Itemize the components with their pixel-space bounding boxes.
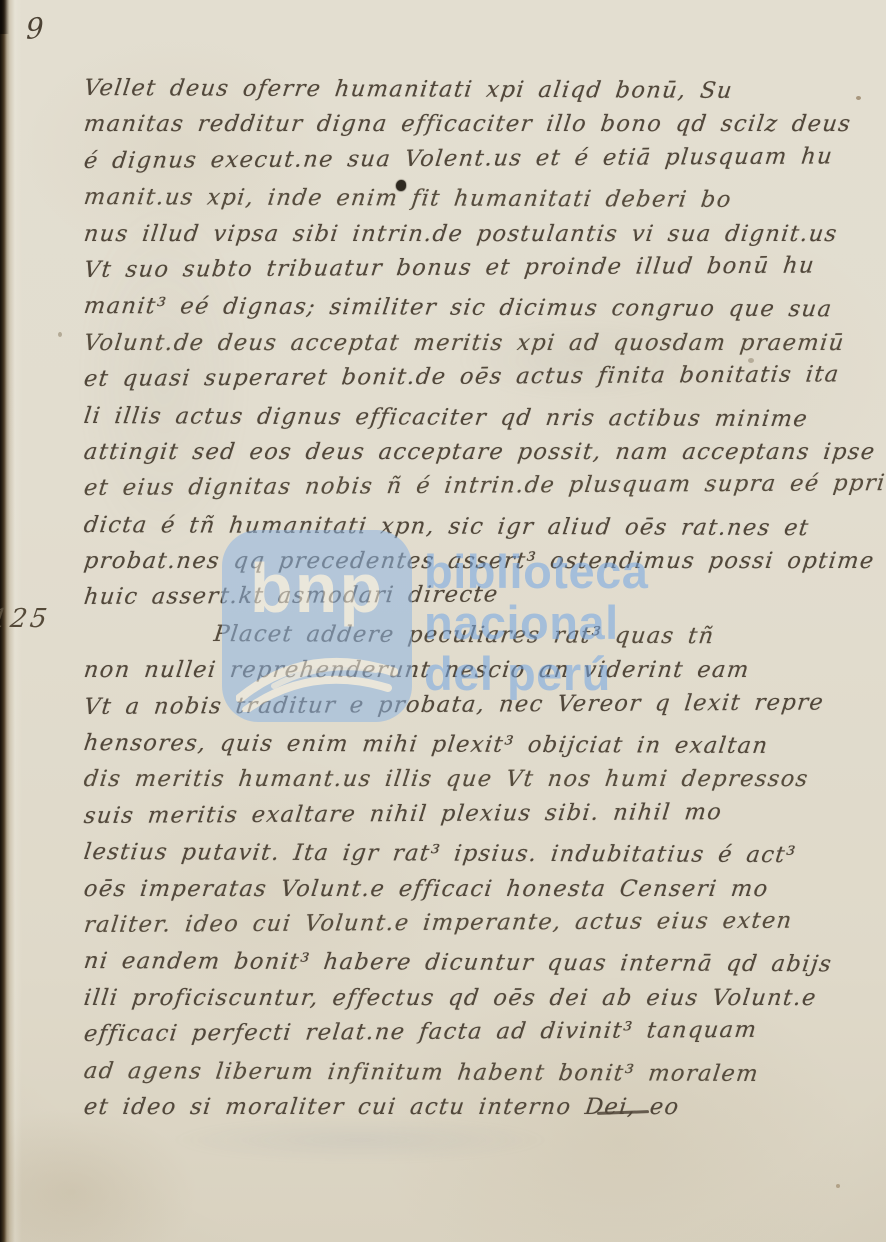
manuscript-line: nus illud vipsa sibi intrin.de postulant… — [82, 216, 816, 252]
manuscript-line: Vt a nobis traditur e probata, nec Vereo… — [82, 684, 817, 725]
manuscript-line: dicta é tñ humanitati xpn, sic igr aliud… — [82, 507, 816, 547]
manuscript-line: huic assert.kt asmodari directe — [82, 575, 817, 616]
paper-speck — [58, 332, 62, 337]
manuscript-line: ni eandem bonit³ habere dicuntur quas in… — [82, 943, 816, 983]
manuscript-line: raliter. ideo cui Volunt.e imperante, ac… — [82, 903, 817, 944]
paper-speck — [856, 96, 861, 100]
manuscript-line: suis meritis exaltare nihil plexius sibi… — [82, 793, 817, 834]
manuscript-line: attingit sed eos deus acceptare possit, … — [82, 434, 816, 470]
manuscript-line: et eius dignitas nobis ñ é intrin.de plu… — [82, 466, 817, 507]
corner-notch — [0, 0, 9, 34]
manuscript-line: manit.us xpi, inde enim fit humanitati d… — [82, 179, 816, 219]
manuscript-line: et quasi superaret bonit.de oēs actus fi… — [82, 357, 817, 398]
manuscript-line: Vellet deus oferre humanitati xpi aliqd … — [82, 70, 816, 110]
manuscript-line: efficaci perfecti relat.ne facta ad divi… — [82, 1012, 817, 1053]
manuscript-line: Volunt.de deus acceptat meritis xpi ad q… — [82, 325, 816, 361]
manuscript-page-scan: 9 125 Vellet deus oferre humanitati xpi … — [0, 0, 886, 1242]
manuscript-line: non nullei reprehenderunt nescio an vide… — [82, 652, 816, 688]
manuscript-line: oēs imperatas Volunt.e efficaci honesta … — [82, 871, 816, 907]
ink-blot — [396, 180, 406, 191]
manuscript-line: hensores, quis enim mihi plexit³ obijcia… — [82, 725, 816, 765]
manuscript-line: dis meritis humant.us illis que Vt nos h… — [82, 761, 816, 797]
paper-speck — [836, 1184, 840, 1188]
manuscript-line: manitas redditur digna efficaciter illo … — [82, 106, 816, 142]
manuscript-line: illi proficiscuntur, effectus qd oēs dei… — [82, 980, 816, 1016]
margin-number: 125 — [0, 604, 52, 634]
folio-number: 9 — [26, 11, 44, 46]
manuscript-line: lestius putavit. Ita igr rat³ ipsius. in… — [82, 834, 816, 874]
manuscript-line: probat.nes qq precedentes assert³ ostend… — [82, 543, 816, 579]
manuscript-line: Placet addere peculiares rat³ quas tñ — [212, 616, 816, 655]
manuscript-line: et ideo si moraliter cui actu interno De… — [82, 1089, 816, 1125]
manuscript-line: li illis actus dignus efficaciter qd nri… — [82, 398, 816, 438]
manuscript-line: ad agens liberum infinitum habent bonit³… — [82, 1053, 816, 1093]
manuscript-line: é dignus execut.ne sua Volent.us et é et… — [82, 138, 817, 179]
manuscript-line: Vt suo subto tribuatur bonus et proinde … — [82, 247, 817, 288]
text-block: Vellet deus oferre humanitati xpi aliqd … — [84, 70, 814, 1125]
manuscript-line: manit³ eé dignas; similiter sic dicimus … — [82, 288, 816, 328]
